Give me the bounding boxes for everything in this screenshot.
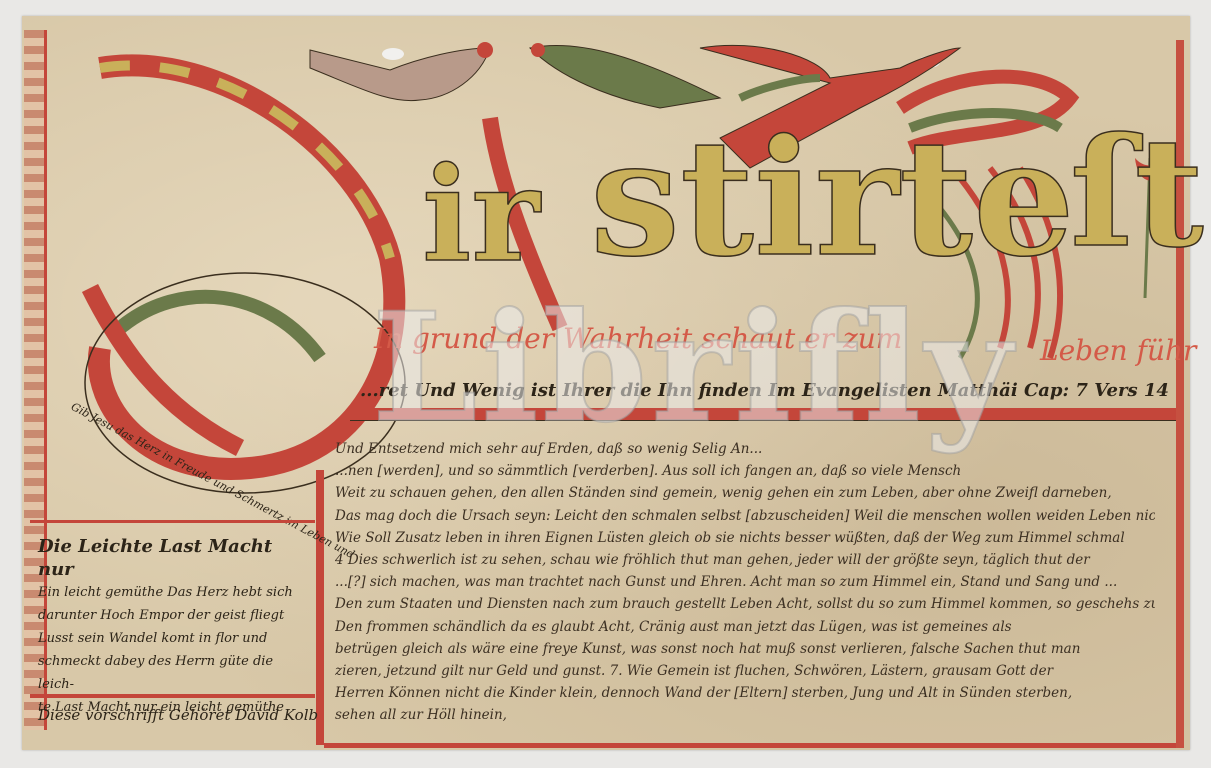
red-rule-bottom [324,743,1176,748]
red-subtitle-right: Leben führ [1040,334,1196,367]
body-line: ...nen [werden], und so sämmtlich [verde… [335,460,1155,482]
red-rule-vertical [316,470,324,745]
poem-line: Ein leicht gemüthe Das Herz hebt sich [38,581,308,604]
body-line: Den zum Staaten und Diensten nach zum br… [335,593,1155,615]
bird-icon [530,43,720,108]
body-line: 4 Dies schwerlich ist zu sehen, schau wi… [335,549,1155,571]
title-letters: stirte [590,118,1075,278]
title-letters: ſt [1070,118,1204,268]
body-line: Weit zu schauen gehen, den allen Ständen… [335,482,1155,504]
body-line: sehen all zur Höll hinein, [335,704,1155,726]
body-line: Den frommen schändlich da es glaubt Acht… [335,616,1155,638]
body-line: betrügen gleich als wäre eine freye Kuns… [335,638,1155,660]
bird-icon [310,42,493,101]
body-text: Und Entsetzend mich sehr auf Erden, daß … [335,438,1155,727]
owner-inscription: Diese vorschrifft Gehöret David Kolb [38,706,318,724]
poem-box-top [30,520,315,523]
body-line: Herren Können nicht die Kinder klein, de… [335,682,1155,704]
poem-heading: Die Leichte Last Macht nur [38,535,308,581]
watermark: Librifly [372,280,1016,456]
body-line: Das mag doch die Ursach seyn: Leicht den… [335,505,1155,527]
body-line: ...[?] sich machen, was man trachtet nac… [335,571,1155,593]
body-line: zieren, jetzund gilt nur Geld und gunst.… [335,660,1155,682]
poem-line: darunter Hoch Empor der geist fliegt [38,604,308,627]
title-letters: ir [422,150,540,280]
body-line: Wie Soll Zusatz leben in ihren Eignen Lü… [335,527,1155,549]
poem-block: Die Leichte Last Macht nur Ein leicht ge… [38,535,308,719]
poem-line: schmeckt dabey des Herrn güte die leich- [38,650,308,696]
poem-line: Lusst sein Wandel komt in flor und [38,627,308,650]
poem-box-divider [30,694,315,698]
